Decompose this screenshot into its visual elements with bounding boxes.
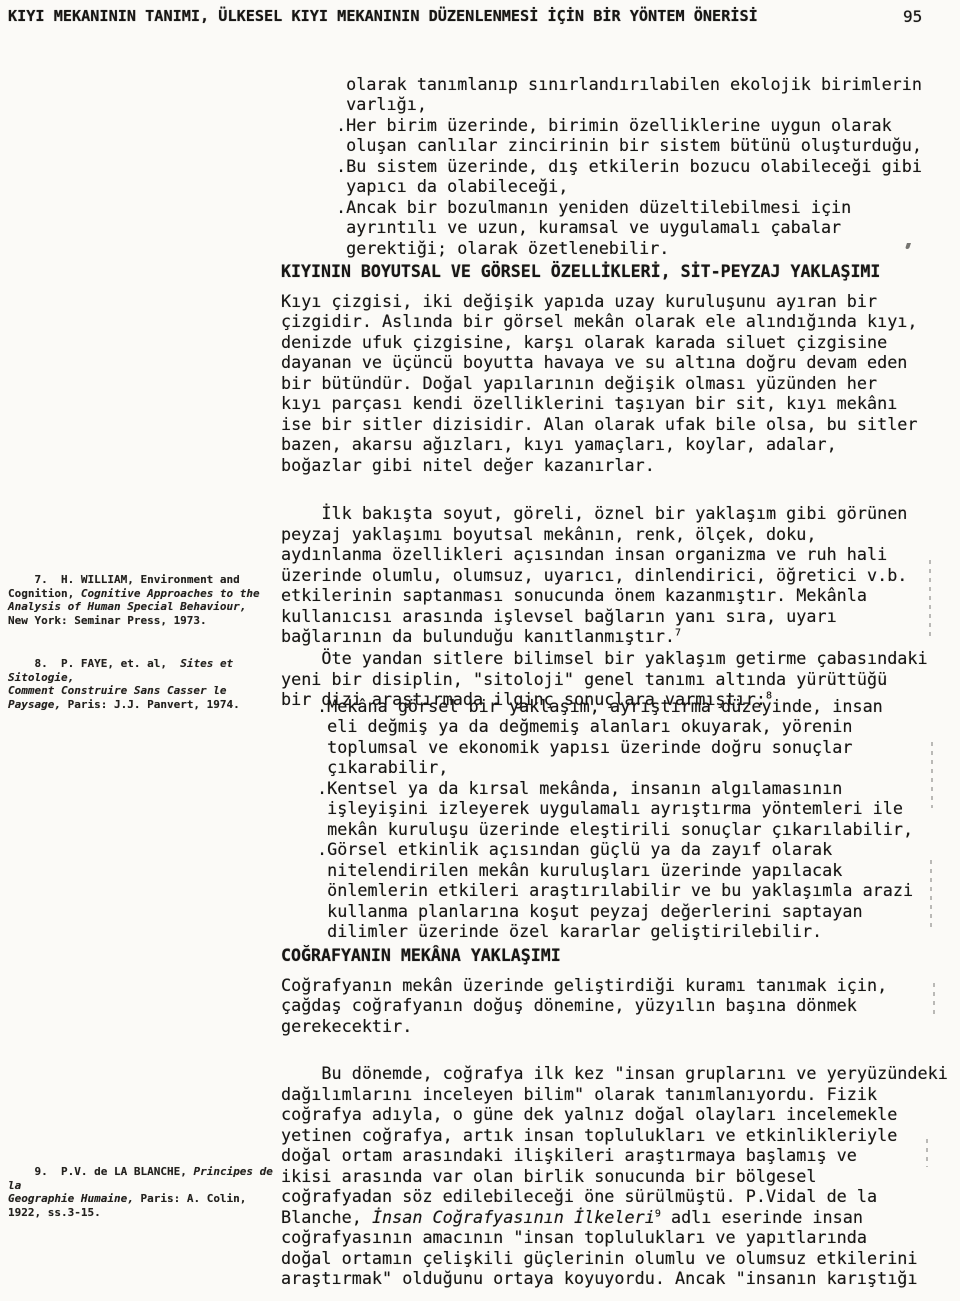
paragraph-kiyi-cizgisi: Kıyı çizgisi, iki değişik yapıda uzay ku… [281, 291, 951, 475]
footnote-7-tail: New York: Seminar Press, 1973. [8, 614, 207, 627]
running-header-title: KIYI MEKANININ TANIMI, ÜLKESEL KIYI MEKA… [8, 7, 758, 25]
footnote-8-tail: Paris: J.J. Panvert, 1974. [61, 698, 240, 711]
scan-artifact [930, 860, 932, 928]
paragraph-donem-text: Bu dönemde, coğrafya ilk kez "insan grup… [281, 1063, 948, 1226]
scan-artifact [929, 560, 931, 638]
scan-artifact [931, 742, 933, 808]
summary-list-continuation: olarak tanımlanıp sınırlandırılabilen ek… [336, 74, 956, 258]
footnote-9-text: 9. P.V. de LA BLANCHE, [35, 1165, 194, 1178]
section-heading-sit-peyzaj: KIYININ BOYUTSAL VE GÖRSEL ÖZELLİKLERİ, … [281, 262, 951, 282]
book-title-italic: İnsan Coğrafyasının İlkeleri [372, 1207, 655, 1227]
section-heading-cografya: COĞRAFYANIN MEKÂNA YAKLAŞIMI [281, 946, 951, 966]
footnote-9: 9. P.V. de LA BLANCHE, Principes de la G… [8, 1151, 280, 1234]
scan-artifact [933, 983, 935, 1017]
scanned-paper-page: KIYI MEKANININ TANIMI, ÜLKESEL KIYI MEKA… [0, 0, 960, 1301]
footnote-8-text: 8. P. FAYE, et. al, [35, 657, 181, 670]
paragraph-cografya-donem: Bu dönemde, coğrafya ilk kez "insan grup… [281, 1043, 956, 1301]
bullet-list-sitoloji-sonuclar: .Mekâna görsel bir yaklaşım, ayrıştırma … [317, 696, 957, 941]
page-number: 95 [903, 7, 922, 26]
paragraph-cografya-kuram: Coğrafyanın mekân üzerinde geliştirdiği … [281, 975, 951, 1036]
paragraph-peyzaj-text: İlk bakışta soyut, göreli, öznel bir yak… [281, 503, 907, 646]
footnote-7: 7. H. WILLIAM, Environment and Cognition… [8, 559, 280, 642]
footnote-8: 8. P. FAYE, et. al, Sites et Sitologie, … [8, 643, 280, 726]
scan-artifact [926, 1139, 928, 1167]
